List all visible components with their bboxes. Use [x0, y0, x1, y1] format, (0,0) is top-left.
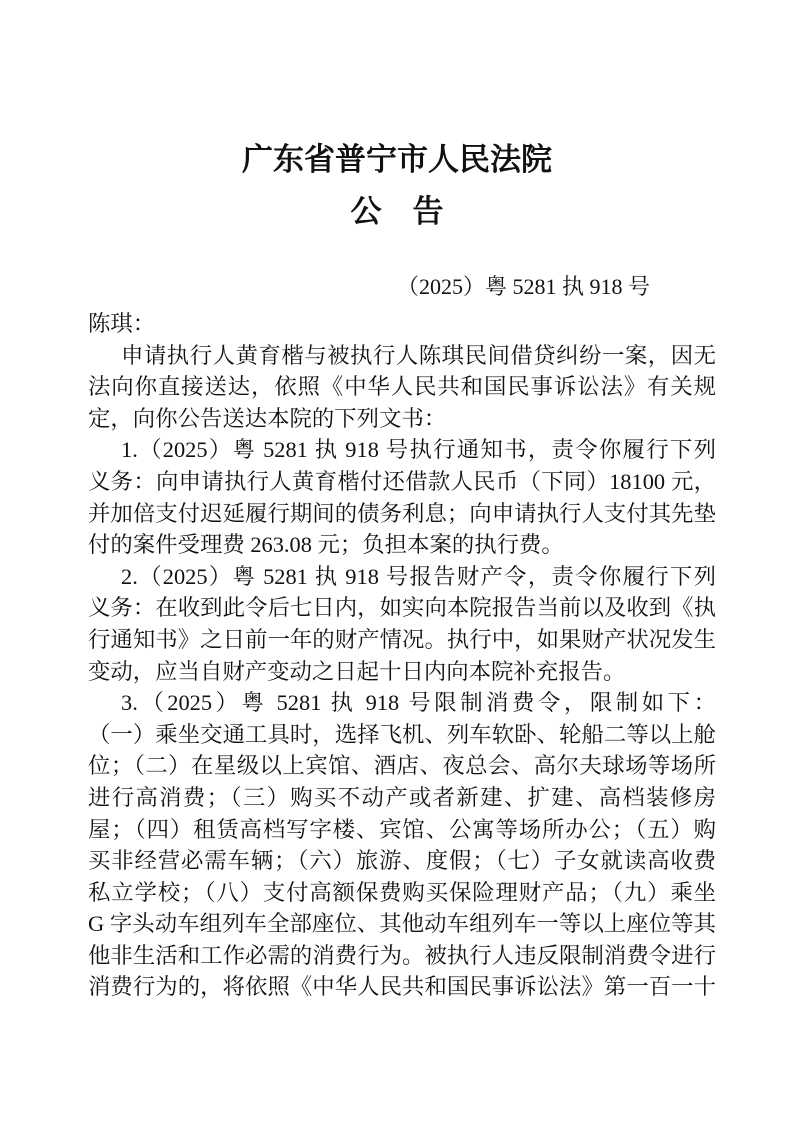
- body-line: （一）乘坐交通工具时，选择飞机、列车软卧、轮船二等以上舱: [88, 719, 716, 751]
- body-line: 申请执行人黄育楷与被执行人陈琪民间借贷纠纷一案，因无: [88, 340, 716, 372]
- body-line: 屋；（四）租赁高档写字楼、宾馆、公寓等场所办公；（五）购: [88, 814, 716, 846]
- body-line: 买非经营必需车辆；（六）旅游、度假；（七）子女就读高收费: [88, 845, 716, 877]
- body-line: 2.（2025）粤 5281 执 918 号报告财产令，责令你履行下列: [88, 561, 716, 593]
- body-line: G 字头动车组列车全部座位、其他动车组列车一等以上座位等其: [88, 908, 716, 940]
- document-title: 公 告: [0, 196, 794, 227]
- body-line: 法向你直接送达，依照《中华人民共和国民事诉讼法》有关规: [88, 371, 716, 403]
- body-line: 1.（2025）粤 5281 执 918 号执行通知书，责令你履行下列: [88, 434, 716, 466]
- body-line: 付的案件受理费 263.08 元；负担本案的执行费。: [88, 529, 716, 561]
- document-body: 申请执行人黄育楷与被执行人陈琪民间借贷纠纷一案，因无法向你直接送达，依照《中华人…: [88, 340, 716, 1003]
- court-name: 广东省普宁市人民法院: [0, 143, 794, 176]
- body-line: 他非生活和工作必需的消费行为。被执行人违反限制消费令进行: [88, 940, 716, 972]
- recipient-name: 陈琪：: [88, 308, 794, 340]
- body-line: 位；（二）在星级以上宾馆、酒店、夜总会、高尔夫球场等场所: [88, 750, 716, 782]
- case-number: （2025）粤 5281 执 918 号: [0, 275, 650, 299]
- body-line: 义务：向申请执行人黄育楷付还借款人民币（下同）18100 元，: [88, 466, 716, 498]
- body-line: 义务：在收到此令后七日内，如实向本院报告当前以及收到《执: [88, 592, 716, 624]
- body-line: 3.（2025）粤 5281 执 918 号限制消费令，限制如下：: [88, 687, 716, 719]
- body-line: 消费行为的，将依照《中华人民共和国民事诉讼法》第一百一十: [88, 971, 716, 1003]
- document-page: 广东省普宁市人民法院 公 告 （2025）粤 5281 执 918 号 陈琪： …: [0, 0, 794, 1122]
- body-line: 并加倍支付迟延履行期间的债务利息；向申请执行人支付其先垫: [88, 498, 716, 530]
- body-line: 私立学校；（八）支付高额保费购买保险理财产品；（九）乘坐: [88, 877, 716, 909]
- body-line: 行通知书》之日前一年的财产情况。执行中，如果财产状况发生: [88, 624, 716, 656]
- body-line: 定，向你公告送达本院的下列文书：: [88, 403, 716, 435]
- body-line: 变动，应当自财产变动之日起十日内向本院补充报告。: [88, 656, 716, 688]
- body-line: 进行高消费；（三）购买不动产或者新建、扩建、高档装修房: [88, 782, 716, 814]
